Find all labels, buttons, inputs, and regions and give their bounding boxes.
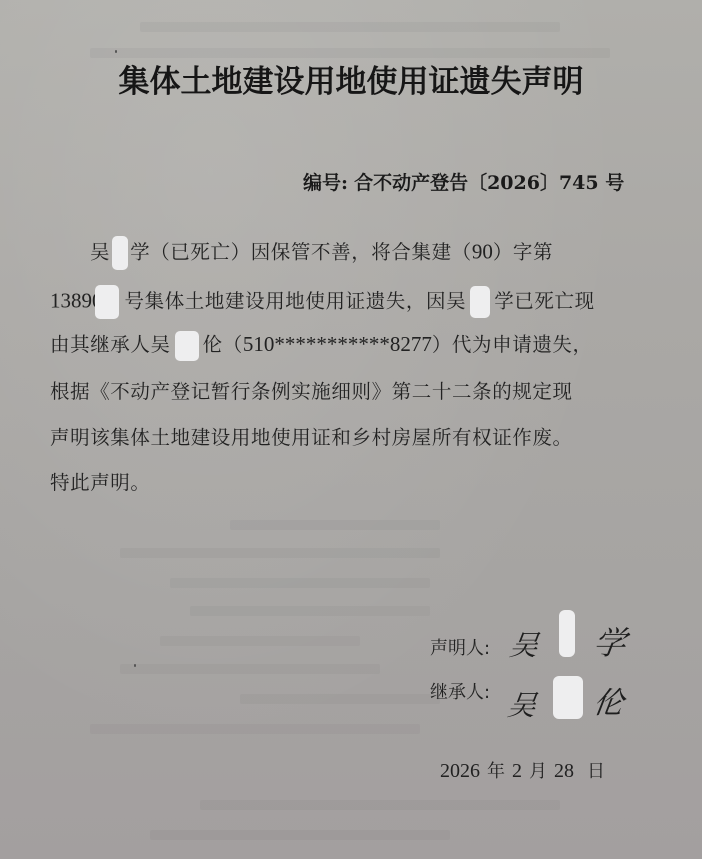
date-day-unit: 日 xyxy=(587,761,605,782)
text-segment: 由其继承人吴 xyxy=(50,333,171,356)
paragraph-line-1: 吴学（已死亡）因保管不善，将合集建（90）字第 xyxy=(90,236,553,270)
date-month-unit: 月 xyxy=(529,761,547,782)
paragraph-line-6: 特此声明。 xyxy=(50,467,151,495)
paragraph-line-3: 由其继承人吴伦（510***********8277）代为申请遗失， xyxy=(50,329,593,361)
text-segment: 学（已死亡）因保管不善，将合集建（ xyxy=(130,241,472,264)
document-number: 编号: 合不动产登告〔2026〕745 号 xyxy=(303,168,624,195)
text-segment: 号集体土地建设用地使用证遗失，因吴 xyxy=(125,290,467,313)
text-segment: ）代为申请遗失， xyxy=(432,333,593,356)
page-title: 集体土地建设用地使用证遗失声明 xyxy=(0,56,702,101)
document-paper: 集体土地建设用地使用证遗失声明 编号: 合不动产登告〔2026〕745 号 吴学… xyxy=(0,0,702,859)
declarant-signature-given: 学 xyxy=(591,618,629,664)
redaction-box xyxy=(112,236,128,270)
id-number-masked: 510***********8277 xyxy=(243,332,432,356)
heir-signature-given: 伦 xyxy=(591,678,627,722)
redaction-box xyxy=(95,285,119,319)
declarant-signature-surname: 吴 xyxy=(507,624,541,664)
date-day: 28 xyxy=(554,760,574,782)
date-year-unit: 年 xyxy=(487,761,505,782)
redaction-box xyxy=(559,610,575,657)
paper-speck xyxy=(134,664,136,667)
text-segment: ）字第 xyxy=(493,241,553,264)
paragraph-line-4: 根据《不动产登记暂行条例实施细则》第二十二条的规定现 xyxy=(50,376,573,404)
document-number-label: 编号: xyxy=(303,172,348,194)
redaction-box xyxy=(470,286,490,318)
text-segment: 学已死亡现 xyxy=(494,290,595,313)
text-segment: 90 xyxy=(472,240,493,264)
text-segment: 吴 xyxy=(90,241,110,264)
document-number-value: 合不动产登告〔2026〕745 号 xyxy=(354,172,624,194)
paragraph-line-5: 声明该集体土地建设用地使用证和乡村房屋所有权证作废。 xyxy=(50,422,573,450)
text-segment: 伦（ xyxy=(203,333,243,356)
redaction-box xyxy=(553,676,583,719)
declaration-date: 2026 年 2 月 28 日 xyxy=(440,757,605,783)
redaction-box xyxy=(175,331,199,361)
heir-label: 继承人: xyxy=(430,678,490,704)
paper-speck xyxy=(115,50,117,53)
date-year: 2026 xyxy=(440,760,480,782)
heir-signature-surname: 吴 xyxy=(505,684,539,724)
declarant-label: 声明人: xyxy=(430,634,490,660)
date-month: 2 xyxy=(512,760,522,782)
paragraph-line-2: 13890号集体土地建设用地使用证遗失，因吴学已死亡现 xyxy=(50,285,595,319)
